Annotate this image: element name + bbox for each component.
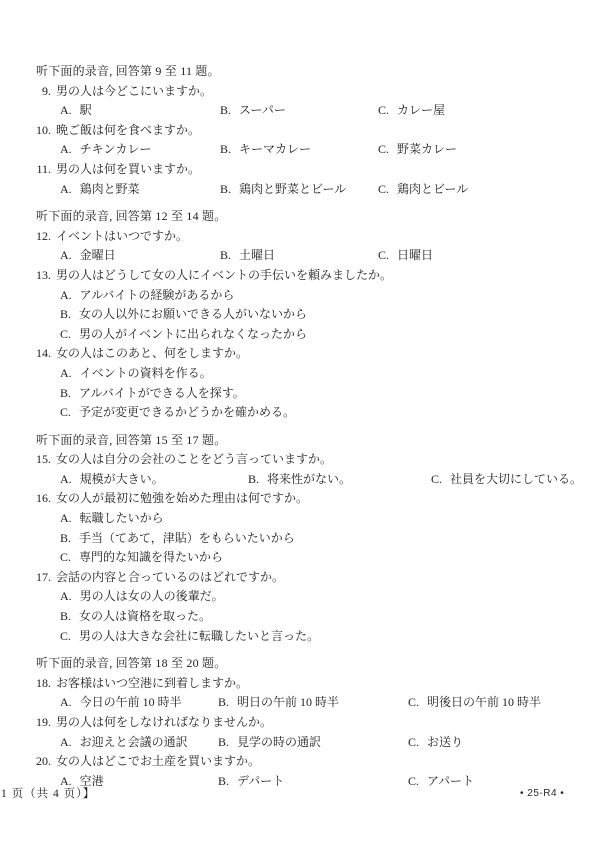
question-11: 11. 男の人は何を買いますか。 A.鶏肉と野菜 B.鶏肉と野菜とビール C.鶏… xyxy=(36,160,589,199)
option-text: 転職したいから xyxy=(80,509,164,529)
option-text: 手当（てあて，津貼）をもらいたいから xyxy=(79,529,295,549)
option-b: B.将来性がない。 xyxy=(248,470,431,490)
question-18: 18. お客様はいつ空港に到着しますか。 A.今日の午前 10 時半 B.明日の… xyxy=(36,674,589,713)
question-9: 9. 男の人は今どこにいますか。 A.駅 B.スーパー C.カレー屋 xyxy=(36,82,589,121)
option-label: C. xyxy=(60,548,71,568)
option-text: カレー屋 xyxy=(397,101,445,121)
question-19: 19. 男の人は何をしなければなりませんか。 A.お迎えと会議の通訳 B.見学の… xyxy=(36,713,589,752)
question-text: お客様はいつ空港に到着しますか。 xyxy=(56,674,248,694)
option-text: 今日の午前 10 時半 xyxy=(80,693,182,713)
option-label: A. xyxy=(60,140,72,160)
option-label: C. xyxy=(378,101,389,121)
option-text: 土曜日 xyxy=(239,246,275,266)
option-b: B.キーマカレー xyxy=(220,140,378,160)
listening-section-18-20: 听下面的录音, 回答第 18 至 20 题。 18. お客様はいつ空港に到着しま… xyxy=(36,654,589,791)
option-c: C.明後日の午前 10 時半 xyxy=(408,693,589,713)
option-label: A. xyxy=(60,180,72,200)
listening-section-9-11: 听下面的录音, 回答第 9 至 11 题。 9. 男の人は今どこにいますか。 A… xyxy=(36,62,589,199)
option-text: 女の人以外にお願いできる人がいないから xyxy=(79,305,307,325)
option-text: 鶏肉と野菜 xyxy=(80,180,140,200)
question-number: 19. xyxy=(36,713,51,733)
paper-code: • 25-R4 • xyxy=(520,788,564,799)
option-a: A.転職したいから xyxy=(60,509,589,529)
option-a: A.イベントの資料を作る。 xyxy=(60,364,589,384)
page-number: 1 页（共 4 页）】 xyxy=(1,785,95,801)
option-label: A. xyxy=(60,286,72,306)
option-b: B.明日の午前 10 時半 xyxy=(218,693,408,713)
option-b: B.女の人は資格を取った。 xyxy=(60,607,589,627)
option-label: A. xyxy=(60,101,72,121)
option-label: A. xyxy=(60,470,72,490)
option-text: チキンカレー xyxy=(80,140,152,160)
option-b: B.デパート xyxy=(218,772,408,792)
option-label: B. xyxy=(220,101,231,121)
option-text: 駅 xyxy=(80,101,92,121)
option-b: B.見学の時の通訳 xyxy=(218,733,408,753)
section-instruction: 听下面的录音, 回答第 18 至 20 题。 xyxy=(36,654,589,674)
exam-page: 听下面的录音, 回答第 9 至 11 题。 9. 男の人は今どこにいますか。 A… xyxy=(0,0,603,791)
question-number: 11. xyxy=(36,160,51,180)
option-label: B. xyxy=(60,384,71,404)
question-number: 20. xyxy=(36,752,51,772)
option-b: B.スーパー xyxy=(220,101,378,121)
option-label: A. xyxy=(60,364,72,384)
section-instruction: 听下面的录音, 回答第 12 至 14 题。 xyxy=(36,207,589,227)
option-c: C.お送り xyxy=(408,733,589,753)
option-a: A.金曜日 xyxy=(60,246,220,266)
question-text: 男の人はどうして女の人にイベントの手伝いを頼みましたか。 xyxy=(56,266,392,286)
option-label: B. xyxy=(218,693,229,713)
option-c: C.野菜カレー xyxy=(378,140,589,160)
option-c: C.男の人は大きな会社に転職したいと言った。 xyxy=(60,627,589,647)
question-number: 12. xyxy=(36,227,51,247)
option-text: 女の人は資格を取った。 xyxy=(79,607,211,627)
question-text: 女の人はどこでお土産を買いますか。 xyxy=(56,752,260,772)
option-text: 見学の時の通訳 xyxy=(237,733,321,753)
option-b: B.土曜日 xyxy=(220,246,378,266)
question-10: 10. 晩ご飯は何を食べますか。 A.チキンカレー B.キーマカレー C.野菜カ… xyxy=(36,121,589,160)
question-14: 14. 女の人はこのあと、何をしますか。 A.イベントの資料を作る。 B.アルバ… xyxy=(36,344,589,422)
option-b: B.鶏肉と野菜とビール xyxy=(220,180,378,200)
option-label: C. xyxy=(408,733,419,753)
listening-section-15-17: 听下面的录音, 回答第 15 至 17 题。 15. 女の人は自分の会社のことを… xyxy=(36,431,589,647)
question-text: 女の人はこのあと、何をしますか。 xyxy=(56,344,248,364)
option-a: A.鶏肉と野菜 xyxy=(60,180,220,200)
question-number: 10. xyxy=(36,121,51,141)
option-label: C. xyxy=(60,325,71,345)
option-text: 明日の午前 10 時半 xyxy=(237,693,339,713)
option-b: B.手当（てあて，津貼）をもらいたいから xyxy=(60,529,589,549)
option-label: A. xyxy=(60,509,72,529)
option-label: A. xyxy=(60,246,72,266)
question-text: イベントはいつですか。 xyxy=(56,227,188,247)
section-instruction: 听下面的录音, 回答第 15 至 17 题。 xyxy=(36,431,589,451)
question-16: 16. 女の人が最初に勉強を始めた理由は何ですか。 A.転職したいから B.手当… xyxy=(36,489,589,567)
option-c: C.予定が変更できるかどうかを確かめる。 xyxy=(60,403,589,423)
option-text: アパート xyxy=(427,772,474,792)
option-text: デパート xyxy=(237,772,284,792)
option-a: A.チキンカレー xyxy=(60,140,220,160)
question-number: 13. xyxy=(36,266,51,286)
option-text: お送り xyxy=(427,733,463,753)
option-label: B. xyxy=(220,140,231,160)
option-c: C.男の人がイベントに出られなくなったから xyxy=(60,325,589,345)
question-text: 晩ご飯は何を食べますか。 xyxy=(56,121,200,141)
question-number: 14. xyxy=(36,344,51,364)
option-a: A.駅 xyxy=(60,101,220,121)
option-a: A.規模が大きい。 xyxy=(60,470,248,490)
question-number: 15. xyxy=(36,450,51,470)
option-text: 男の人は大きな会社に転職したいと言った。 xyxy=(79,627,319,647)
option-text: アルバイトができる人を探す。 xyxy=(79,384,245,404)
option-a: A.アルバイトの経験があるから xyxy=(60,286,589,306)
option-text: 男の人がイベントに出られなくなったから xyxy=(79,325,307,345)
option-text: 将来性がない。 xyxy=(267,470,351,490)
option-label: B. xyxy=(220,180,231,200)
option-label: C. xyxy=(378,180,389,200)
question-text: 女の人は自分の会社のことをどう言っていますか。 xyxy=(56,450,332,470)
option-text: アルバイトの経験があるから xyxy=(80,286,235,306)
option-text: 規模が大きい。 xyxy=(80,470,164,490)
question-20: 20. 女の人はどこでお土産を買いますか。 A.空港 B.デパート C.アパート xyxy=(36,752,589,791)
option-text: イベントの資料を作る。 xyxy=(80,364,212,384)
option-text: お迎えと会議の通訳 xyxy=(80,733,188,753)
question-13: 13. 男の人はどうして女の人にイベントの手伝いを頼みましたか。 A.アルバイト… xyxy=(36,266,589,344)
question-text: 男の人は何をしなければなりませんか。 xyxy=(56,713,272,733)
option-label: B. xyxy=(220,246,231,266)
option-label: B. xyxy=(60,529,71,549)
question-number: 9. xyxy=(36,82,51,102)
option-label: C. xyxy=(378,246,389,266)
option-text: 野菜カレー xyxy=(397,140,457,160)
question-text: 男の人は今どこにいますか。 xyxy=(56,82,212,102)
question-12: 12. イベントはいつですか。 A.金曜日 B.土曜日 C.日曜日 xyxy=(36,227,589,266)
option-b: B.アルバイトができる人を探す。 xyxy=(60,384,589,404)
option-text: キーマカレー xyxy=(239,140,311,160)
option-label: C. xyxy=(60,403,71,423)
option-label: C. xyxy=(408,693,419,713)
question-number: 18. xyxy=(36,674,51,694)
question-text: 女の人が最初に勉強を始めた理由は何ですか。 xyxy=(56,489,308,509)
option-text: 日曜日 xyxy=(397,246,433,266)
option-text: 鶏肉と野菜とビール xyxy=(239,180,346,200)
question-text: 男の人は何を買いますか。 xyxy=(56,160,200,180)
option-label: B. xyxy=(218,733,229,753)
option-text: 鶏肉とビール xyxy=(397,180,468,200)
option-c: C.カレー屋 xyxy=(378,101,589,121)
option-text: 男の人は女の人の後輩だ。 xyxy=(80,587,224,607)
option-label: A. xyxy=(60,733,72,753)
option-label: C. xyxy=(60,627,71,647)
option-label: B. xyxy=(248,470,259,490)
option-text: スーパー xyxy=(239,101,286,121)
question-text: 会話の内容と合っているのはどれですか。 xyxy=(56,568,284,588)
question-15: 15. 女の人は自分の会社のことをどう言っていますか。 A.規模が大きい。 B.… xyxy=(36,450,589,489)
listening-section-12-14: 听下面的录音, 回答第 12 至 14 题。 12. イベントはいつですか。 A… xyxy=(36,207,589,423)
question-number: 16. xyxy=(36,489,51,509)
question-number: 17. xyxy=(36,568,51,588)
option-label: C. xyxy=(378,140,389,160)
option-text: 明後日の午前 10 時半 xyxy=(427,693,541,713)
option-a: A.今日の午前 10 時半 xyxy=(60,693,218,713)
option-c: C.日曜日 xyxy=(378,246,589,266)
option-text: 金曜日 xyxy=(80,246,116,266)
option-c: C.専門的な知識を得たいから xyxy=(60,548,589,568)
option-label: A. xyxy=(60,693,72,713)
section-instruction: 听下面的录音, 回答第 9 至 11 题。 xyxy=(36,62,589,82)
option-text: 予定が変更できるかどうかを確かめる。 xyxy=(79,403,295,423)
option-text: 社員を大切にしている。 xyxy=(450,470,582,490)
option-label: C. xyxy=(408,772,419,792)
option-c: C.社員を大切にしている。 xyxy=(431,470,589,490)
option-text: 専門的な知識を得たいから xyxy=(79,548,223,568)
option-label: C. xyxy=(431,470,442,490)
option-label: B. xyxy=(218,772,229,792)
option-b: B.女の人以外にお願いできる人がいないから xyxy=(60,305,589,325)
option-label: B. xyxy=(60,305,71,325)
option-a: A.お迎えと会議の通訳 xyxy=(60,733,218,753)
option-c: C.鶏肉とビール xyxy=(378,180,589,200)
option-a: A.男の人は女の人の後輩だ。 xyxy=(60,587,589,607)
option-label: B. xyxy=(60,607,71,627)
option-label: A. xyxy=(60,587,72,607)
question-17: 17. 会話の内容と合っているのはどれですか。 A.男の人は女の人の後輩だ。 B… xyxy=(36,568,589,646)
